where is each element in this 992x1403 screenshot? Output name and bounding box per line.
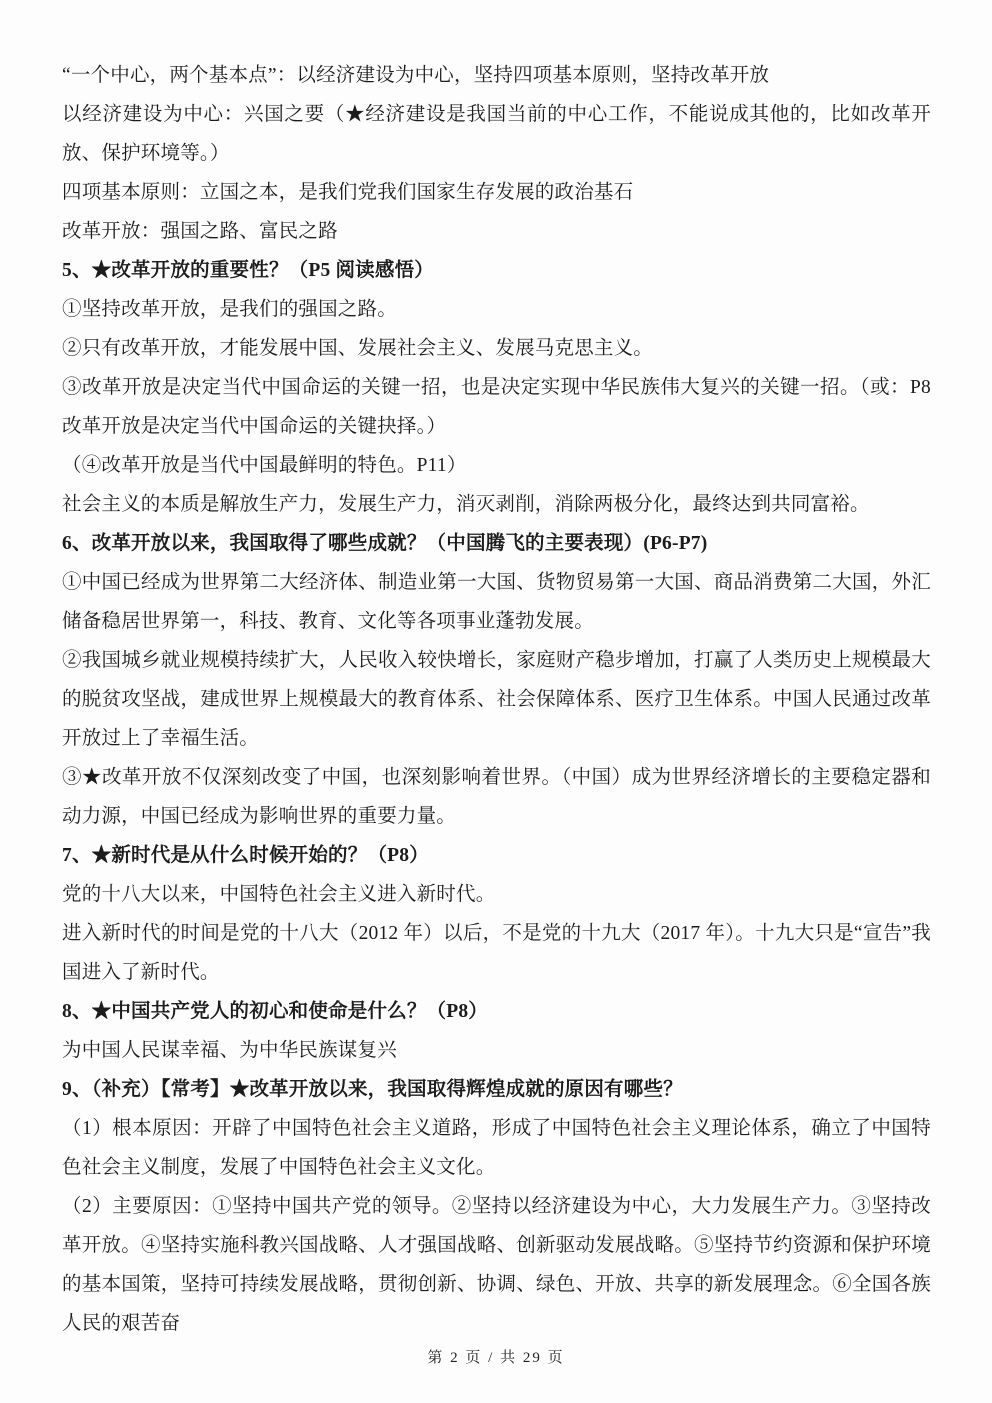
section-heading-5: 5、★改革开放的重要性？（P5 阅读感悟） <box>62 251 931 290</box>
section-heading-8: 8、★中国共产党人的初心和使命是什么？（P8） <box>62 992 931 1031</box>
section-heading-6: 6、改革开放以来，我国取得了哪些成就？（中国腾飞的主要表现）(P6-P7) <box>62 524 931 563</box>
page-footer: 第 2 页 / 共 29 页 <box>0 1346 992 1367</box>
paragraph: （2）主要原因：①坚持中国共产党的领导。②坚持以经济建设为中心，大力发展生产力。… <box>62 1187 931 1343</box>
paragraph: 社会主义的本质是解放生产力，发展生产力，消灭剥削，消除两极分化，最终达到共同富裕… <box>62 485 931 524</box>
document-body: “一个中心，两个基本点”：以经济建设为中心，坚持四项基本原则，坚持改革开放 以经… <box>62 56 931 1343</box>
paragraph: ①坚持改革开放，是我们的强国之路。 <box>62 290 931 329</box>
paragraph: “一个中心，两个基本点”：以经济建设为中心，坚持四项基本原则，坚持改革开放 <box>62 56 931 95</box>
paragraph: 以经济建设为中心：兴国之要（★经济建设是我国当前的中心工作，不能说成其他的，比如… <box>62 95 931 173</box>
paragraph: ①中国已经成为世界第二大经济体、制造业第一大国、货物贸易第一大国、商品消费第二大… <box>62 563 931 641</box>
paragraph: （④改革开放是当代中国最鲜明的特色。P11） <box>62 446 931 485</box>
paragraph: 党的十八大以来，中国特色社会主义进入新时代。 <box>62 875 931 914</box>
page-number: 第 2 页 / 共 29 页 <box>427 1350 564 1366</box>
section-heading-7: 7、★新时代是从什么时候开始的？（P8） <box>62 836 931 875</box>
paragraph: （1）根本原因：开辟了中国特色社会主义道路，形成了中国特色社会主义理论体系，确立… <box>62 1109 931 1187</box>
paragraph: ③★改革开放不仅深刻改变了中国，也深刻影响着世界。（中国）成为世界经济增长的主要… <box>62 758 931 836</box>
paragraph: 进入新时代的时间是党的十八大（2012 年）以后，不是党的十九大（2017 年）… <box>62 914 931 992</box>
document-page: “一个中心，两个基本点”：以经济建设为中心，坚持四项基本原则，坚持改革开放 以经… <box>0 0 992 1403</box>
paragraph: ②我国城乡就业规模持续扩大，人民收入较快增长，家庭财产稳步增加，打赢了人类历史上… <box>62 641 931 758</box>
paragraph: ③改革开放是决定当代中国命运的关键一招，也是决定实现中华民族伟大复兴的关键一招。… <box>62 368 931 446</box>
paragraph: 四项基本原则：立国之本，是我们党我们国家生存发展的政治基石 <box>62 173 931 212</box>
section-heading-9: 9、（补充）【常考】★改革开放以来，我国取得辉煌成就的原因有哪些？ <box>62 1070 931 1109</box>
paragraph: ②只有改革开放，才能发展中国、发展社会主义、发展马克思主义。 <box>62 329 931 368</box>
paragraph: 改革开放：强国之路、富民之路 <box>62 212 931 251</box>
paragraph: 为中国人民谋幸福、为中华民族谋复兴 <box>62 1031 931 1070</box>
